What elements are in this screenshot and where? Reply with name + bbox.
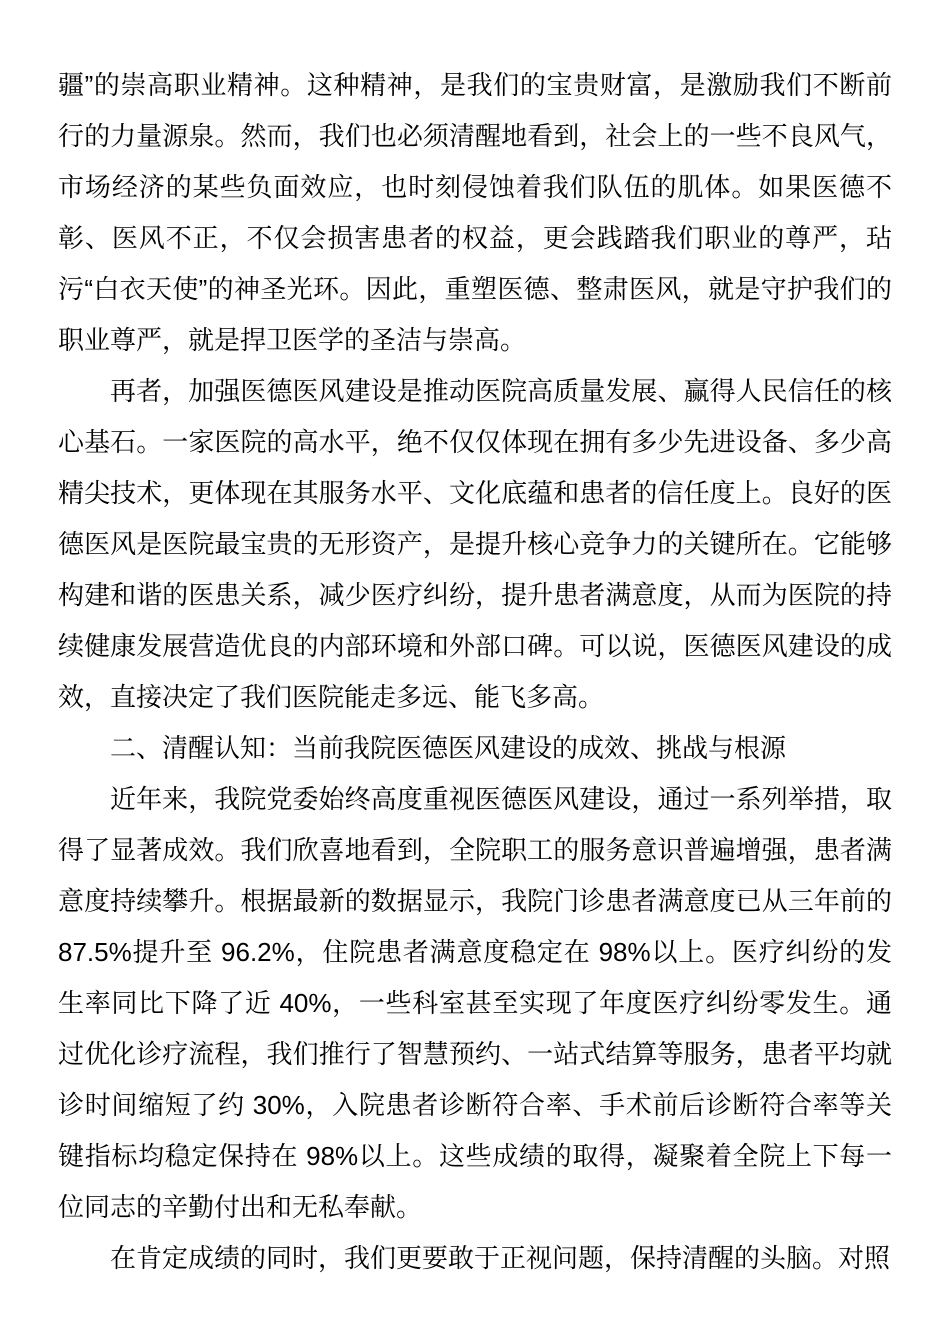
paragraph: 在肯定成绩的同时，我们更要敢于正视问题，保持清醒的头脑。对照 xyxy=(58,1233,892,1284)
document-body: 疆”的崇高职业精神。这种精神，是我们的宝贵财富，是激励我们不断前行的力量源泉。然… xyxy=(0,0,950,1284)
paragraph: 近年来，我院党委始终高度重视医德医风建设，通过一系列举措，取得了显著成效。我们欣… xyxy=(58,774,892,1233)
section-heading: 二、清醒认知：当前我院医德医风建设的成效、挑战与根源 xyxy=(58,723,892,774)
paragraph-continuation: 疆”的崇高职业精神。这种精神，是我们的宝贵财富，是激励我们不断前行的力量源泉。然… xyxy=(58,60,892,366)
document-page: 疆”的崇高职业精神。这种精神，是我们的宝贵财富，是激励我们不断前行的力量源泉。然… xyxy=(0,0,950,1344)
paragraph: 再者，加强医德医风建设是推动医院高质量发展、赢得人民信任的核心基石。一家医院的高… xyxy=(58,366,892,723)
